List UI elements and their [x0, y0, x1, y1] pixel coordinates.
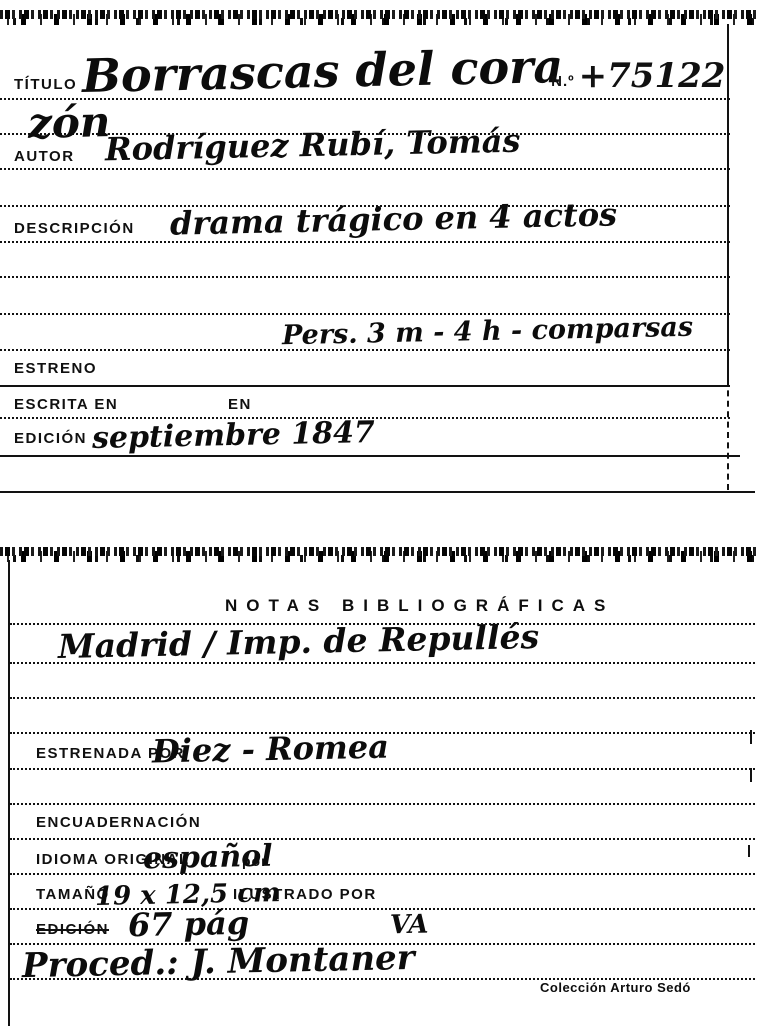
- estrenada-por-value: Diez - Romea: [152, 728, 390, 771]
- edicion-label: EDICIÓN: [14, 430, 87, 447]
- titulo-value-line2: zón: [27, 97, 110, 148]
- autor-label: AUTOR: [14, 148, 75, 165]
- ruled-line: [0, 168, 730, 170]
- personajes-note: Pers. 3 m - 4 h - comparsas: [282, 312, 694, 352]
- edicion-back-value: 67 pág: [128, 904, 250, 945]
- card-front-right-edge-lower: [727, 380, 729, 490]
- procedencia-value: Proced.: J. Montaner: [22, 938, 415, 986]
- card-back-torn-top-edge: [0, 547, 759, 562]
- ruled-line: [10, 768, 755, 770]
- ruled-line: [0, 276, 730, 278]
- encuadernacion-label: ENCUADERNACIÓN: [36, 814, 201, 831]
- ruled-line: [0, 241, 730, 243]
- idioma-original-value: español: [143, 839, 273, 877]
- ruled-line: [10, 697, 755, 699]
- edicion-back-note: VA: [390, 910, 429, 941]
- descripcion-label: DESCRIPCIÓN: [14, 220, 135, 237]
- ruled-line: [10, 803, 755, 805]
- edicion-value: septiembre 1847: [92, 415, 376, 456]
- autor-value: Rodríguez Rubí, Tomás: [105, 122, 521, 169]
- edicion-back-label: EDICIÓN: [36, 921, 109, 938]
- escrita-en-label: ESCRITA EN: [14, 396, 118, 413]
- collection-stamp: Colección Arturo Sedó: [540, 980, 691, 995]
- ruled-line: [10, 873, 755, 875]
- ruled-line: [0, 385, 730, 387]
- card-front-right-edge: [727, 24, 729, 380]
- estreno-label: ESTRENO: [14, 360, 97, 377]
- titulo-value-line1: Borrascas del cora: [81, 39, 563, 103]
- catalog-number-value: +75122: [579, 56, 726, 96]
- card-back-left-edge: [8, 560, 10, 1026]
- catalog-number: - N.º +75122: [540, 56, 725, 96]
- card-front-torn-top-edge: [0, 10, 759, 25]
- ruled-line: [10, 838, 755, 840]
- card-back-right-edge-tick: [750, 768, 752, 782]
- catalog-card-scan: TÍTULO AUTOR DESCRIPCIÓN ESTRENO ESCRITA…: [0, 0, 759, 1028]
- card-back-right-edge-tick: [748, 845, 750, 857]
- notas-bibliograficas-header: NOTAS BIBLIOGRÁFICAS: [225, 596, 614, 616]
- ruled-line: [0, 491, 755, 493]
- catalog-number-prefix: - N.º: [540, 73, 575, 96]
- en-label: EN: [228, 396, 252, 413]
- titulo-label: TÍTULO: [14, 76, 77, 93]
- descripcion-value: drama trágico en 4 actos: [170, 195, 618, 242]
